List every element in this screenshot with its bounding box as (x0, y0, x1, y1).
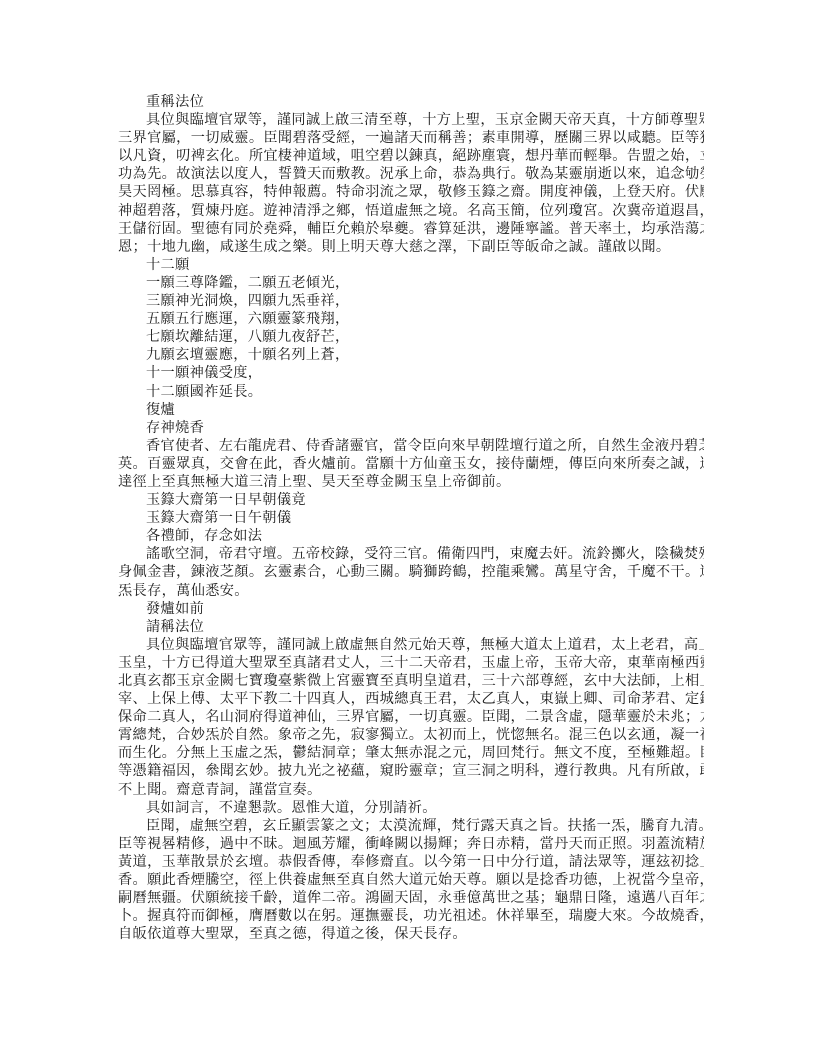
text-line: 不上聞。齋意青詞，謹當宣奏。 (118, 781, 704, 799)
verse-block: 一願三尊降鑑，二願五老傾光，三願神光洞煥，四願九炁垂祥，五願五行應運，六願靈篆飛… (118, 274, 704, 401)
text-line: 王儲衍固。聖德有同於堯舜，輔臣允賴於皋夔。睿算延洪，邊陲寧謐。普天率土，均承浩蕩… (118, 220, 704, 238)
text-line: 嗣曆無疆。伏願統接千齡，道侔二帝。鴻圖天固，永垂億萬世之基；龜鼎日隆，遠邁八百年… (118, 889, 704, 907)
text-line: 十二願國祚延長。 (118, 383, 704, 401)
paragraph: 謠歌空洞，帝君守壇。五帝校錄，受符三官。備衛四門，束魔去奸。流鈴擲火，陰穢焚殘。… (118, 545, 704, 599)
text-line: 功為先。故演法以度人，誓贊天而敷教。況承上命，恭為典行。敬為某靈崩逝以來，追念劬… (118, 165, 704, 183)
document-page: 重稱法位具位與臨壇官眾等，謹同誠上啟三清至尊，十方上聖，玉京金闕天帝天真，十方師… (118, 93, 704, 943)
paragraph: 具位與臨壇官眾等，謹同誠上啟三清至尊，十方上聖，玉京金闕天帝天真，十方師尊聖眾，… (118, 111, 704, 256)
text-line: 卜。握真符而御極，膺曆數以在躬。運撫靈長，功光祖述。休祥畢至，瑞慶大來。今故燒香… (118, 907, 704, 925)
text-line: 黃道，玉華散景於玄壇。恭假香傳，奉修齋直。以今第一日中分行道，請法眾等，運玆初捻… (118, 853, 704, 871)
text-line: 英。百靈眾真，交會在此，香火爐前。當願十方仙童玉女，接侍蘭煙，傳臣向來所奏之誠，… (118, 455, 704, 473)
text-line: 香官使者、左右龍虎君、侍香諸靈官，當令臣向來早朝陞壇行道之所，自然生金液丹碧芝 (118, 437, 704, 455)
text-line: 具位與臨壇官眾等，謹同誠上啟虛無自然元始天尊，無極大道太上道君，太上老君，高上 (118, 636, 704, 654)
text-line: 一願三尊降鑑，二願五老傾光， (118, 274, 704, 292)
text-line: 達徑上至真無極大道三清上聖、昊天至尊金闕玉皇上帝御前。 (118, 473, 704, 491)
text-line: 存神燒香 (118, 419, 704, 437)
text-line: 玉籙大齋第一日午朝儀 (118, 509, 704, 527)
text-line: 恩；十地九幽，咸遂生成之樂。則上明天尊大慈之澤，下副臣等皈命之誠。謹啟以聞。 (118, 238, 704, 256)
paragraph: 具如詞言，不違懇款。恩惟大道，分別請祈。 (118, 799, 704, 817)
section-heading: 玉籙大齋第一日午朝儀 (118, 509, 704, 527)
text-line: 北真玄都玉京金闕七寶瓊臺紫微上宮靈寶至真明皇道君，三十六部尊經，玄中大法師，上相… (118, 672, 704, 690)
section-heading: 發爐如前 (118, 600, 704, 618)
text-line: 保命二真人，名山洞府得道神仙，三界官屬，一切真靈。臣聞，二景含虛，隱華靈於未兆；… (118, 708, 704, 726)
text-line: 而生化。分無上玉虛之炁，鬱結洞章；肇太無赤混之元，周回梵行。無文不度，至極難超。… (118, 744, 704, 762)
paragraph: 香官使者、左右龍虎君、侍香諸靈官，當令臣向來早朝陞壇行道之所，自然生金液丹碧芝英… (118, 437, 704, 491)
text-line: 發爐如前 (118, 600, 704, 618)
text-line: 霄總梵，合妙炁於自然。象帝之先，寂寥獨立。太初而上，恍惚無名。混三色以玄通，凝一… (118, 726, 704, 744)
text-line: 各禮師，存念如法 (118, 527, 704, 545)
text-line: 神超碧落，質煉丹庭。遊神清淨之鄉，悟道虛無之境。名高玉簡，位列瓊宮。次冀帝道遐昌… (118, 202, 704, 220)
section-heading: 各禮師，存念如法 (118, 527, 704, 545)
text-line: 以凡資，叨裨玄化。所宜棲神道域，咀空碧以鍊真，絕跡塵寰，想丹華而輕舉。告盟之始，… (118, 147, 704, 165)
text-line: 請稱法位 (118, 618, 704, 636)
paragraph: 臣聞，虛無空碧，玄丘顯雲篆之文；太漠流輝，梵行露天真之旨。扶搖一炁，騰育九清。臣… (118, 817, 704, 944)
text-line: 九願玄壇靈應，十願名列上蒼， (118, 346, 704, 364)
text-line: 重稱法位 (118, 93, 704, 111)
text-line: 十二願 (118, 256, 704, 274)
text-line: 宰、上保上傅、太平下教二十四真人，西城總真王君，太乙真人，東嶽上卿、司命茅君、定… (118, 690, 704, 708)
section-heading: 請稱法位 (118, 618, 704, 636)
text-line: 十一願神儀受度， (118, 364, 704, 382)
text-line: 等憑籍福因，叅聞玄妙。披九光之祕蘊，窺盻靈章；宣三洞之明科，遵行教典。凡有所啟，… (118, 762, 704, 780)
section-heading: 復爐 (118, 401, 704, 419)
text-line: 七願坎離結運，八願九夜舒芒， (118, 328, 704, 346)
text-line: 五願五行應運，六願靈篆飛翔， (118, 310, 704, 328)
text-line: 炁長存，萬仙悉安。 (118, 582, 704, 600)
text-line: 身佩金書，鍊液芝顏。玄靈素合，心動三關。騎獅跨鶴，控龍乘鸞。萬星守舍，千魔不干。… (118, 563, 704, 581)
text-line: 昊天罔極。思慕真容，特伸報薦。特命羽流之眾，敬修玉籙之齋。開度神儀，上登天府。伏… (118, 183, 704, 201)
paragraph: 具位與臨壇官眾等，謹同誠上啟虛無自然元始天尊，無極大道太上道君，太上老君，高上玉… (118, 636, 704, 799)
text-line: 復爐 (118, 401, 704, 419)
text-line: 玉皇，十方已得道大聖眾至真諸君丈人，三十二天帝君，玉虛上帝，玉帝大帝，東華南極西… (118, 654, 704, 672)
section-heading: 十二願 (118, 256, 704, 274)
text-line: 三界官屬，一切威靈。臣聞碧落受經，一遍諸天而稱善；素車開導，歷關三界以咸聽。臣等… (118, 129, 704, 147)
text-line: 自皈依道尊大聖眾，至真之德，得道之後，保天長存。 (118, 925, 704, 943)
text-line: 三願神光洞煥，四願九炁垂祥， (118, 292, 704, 310)
text-line: 謠歌空洞，帝君守壇。五帝校錄，受符三官。備衛四門，束魔去奸。流鈴擲火，陰穢焚殘。 (118, 545, 704, 563)
text-line: 香。願此香煙騰空，徑上供養虛無至真自然大道元始天尊。願以是捻香功德，上祝當今皇帝… (118, 871, 704, 889)
section-heading: 存神燒香 (118, 419, 704, 437)
text-line: 具位與臨壇官眾等，謹同誠上啟三清至尊，十方上聖，玉京金闕天帝天真，十方師尊聖眾， (118, 111, 704, 129)
text-line: 玉籙大齋第一日早朝儀竟 (118, 491, 704, 509)
text-line: 臣聞，虛無空碧，玄丘顯雲篆之文；太漠流輝，梵行露天真之旨。扶搖一炁，騰育九清。 (118, 817, 704, 835)
section-heading: 玉籙大齋第一日早朝儀竟 (118, 491, 704, 509)
section-heading: 重稱法位 (118, 93, 704, 111)
text-line: 臣等視晷精修，過中不昧。迴風芳耀，衝峰闕以揚輝；奔日赤精，當丹天而正照。羽蓋流精… (118, 835, 704, 853)
text-line: 具如詞言，不違懇款。恩惟大道，分別請祈。 (118, 799, 704, 817)
